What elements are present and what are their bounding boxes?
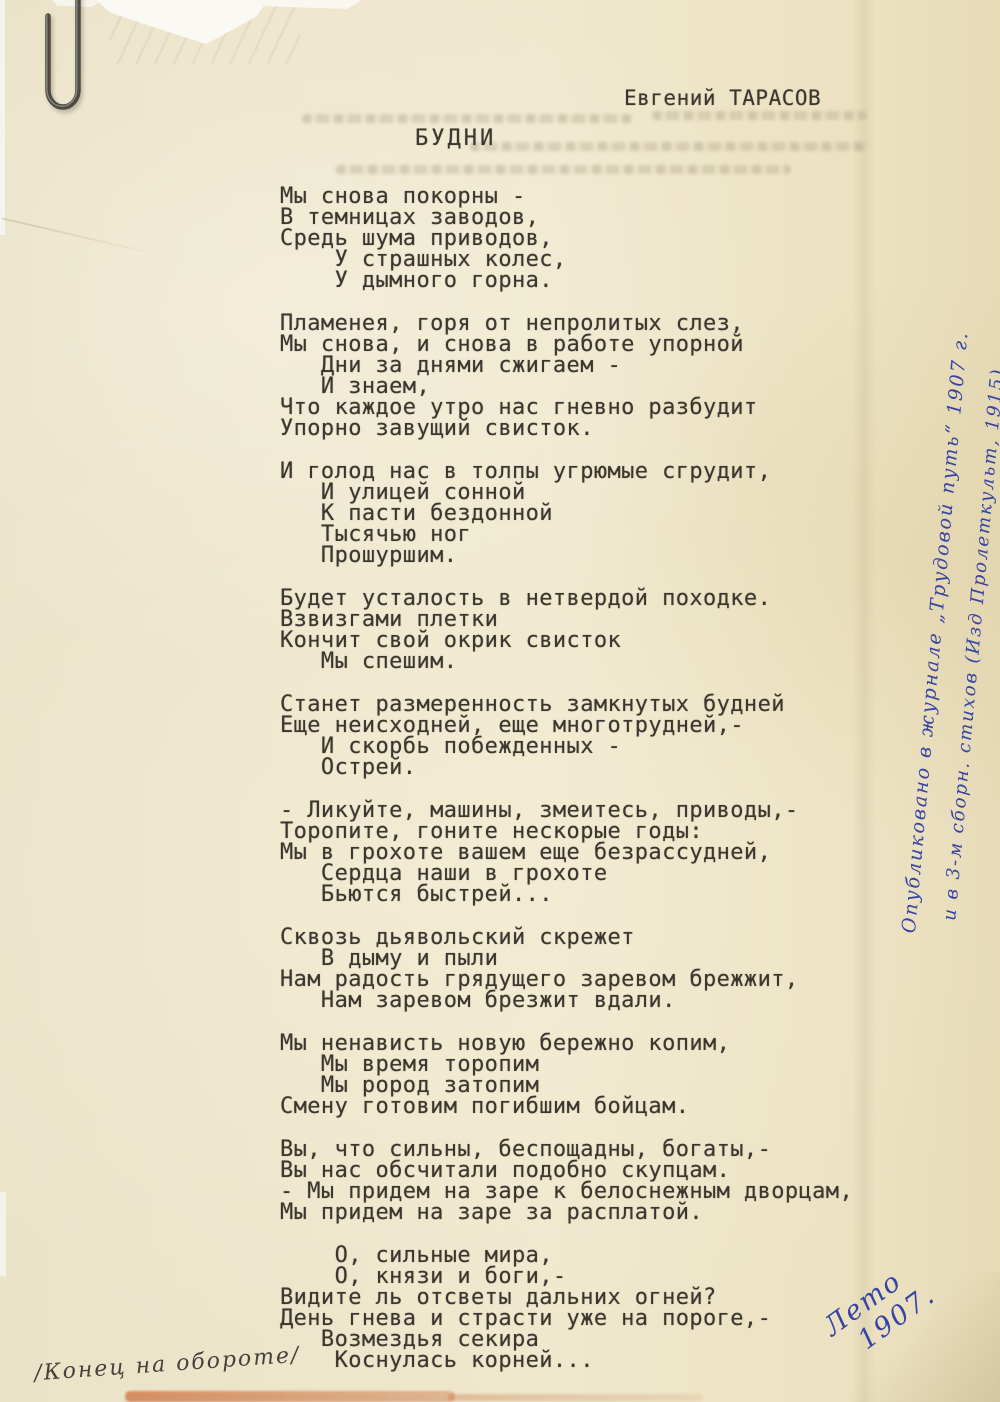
showthrough-mark (470, 142, 868, 151)
poem-line: Взвизгами плетки (280, 609, 853, 630)
poem-line: У дымного горна. (280, 270, 853, 291)
poem-line: Что каждое утро нас гневно разбудит (280, 397, 853, 418)
poem-line: Еще неисходней, еще многотрудней,- (280, 715, 853, 736)
poem-title: БУДНИ (415, 126, 496, 151)
poem-line: Мы придем на заре за расплатой. (280, 1202, 853, 1223)
poem-line: И знаем, (280, 376, 853, 397)
poem-line: У страшных колес, (280, 249, 853, 270)
poem-line: Дни за днями сжигаем - (280, 355, 853, 376)
crease-line (2, 217, 163, 256)
poem-line: О, князи и боги,- (280, 1266, 853, 1287)
showthrough-mark (652, 111, 867, 120)
poem-line: Вы, что сильны, беспощадны, богаты,- (280, 1139, 853, 1160)
poem-line: Вы нас обсчитали подобно скупцам. (280, 1160, 853, 1181)
stanza: О, сильные мира, О, князи и боги,-Видите… (280, 1245, 853, 1371)
poem-line: Станет размеренность замкнутых будней (280, 694, 853, 715)
poem-line: Прошуршим. (280, 545, 853, 566)
poem: Мы снова покорны -В темницах заводов,Сре… (280, 186, 853, 1393)
poem-line: День гнева и страсти уже на пороге,- (280, 1308, 853, 1329)
poem-line: И улицей сонной (280, 482, 853, 503)
poem-line: Мы ненависть новую бережно копим, (280, 1033, 853, 1054)
poem-line: Мы в грохоте вашем еще безрассудней, (280, 842, 853, 863)
scan-edge-sliver (0, 0, 5, 235)
scan-edge-sliver (0, 1192, 6, 1276)
stanza: Станет размеренность замкнутых буднейЕще… (280, 694, 853, 778)
poem-line: Тысячью ног (280, 524, 853, 545)
poem-line: И скорбь побежденных - (280, 736, 853, 757)
showthrough-mark (336, 165, 791, 174)
stanza: - Ликуйте, машины, змеитесь, приводы,-То… (280, 800, 853, 905)
bottom-note: /Конец на обороте/ (33, 1343, 301, 1387)
poem-line: К пасти бездонной (280, 503, 853, 524)
poem-line: Кончит свой окрик свисток (280, 630, 853, 651)
poem-line: Мы рород затопим (280, 1075, 853, 1096)
poem-line: Коснулась корней... (280, 1350, 853, 1371)
stanza: Вы, что сильны, беспощадны, богаты,-Вы н… (280, 1139, 853, 1223)
stanza: Мы снова покорны -В темницах заводов,Сре… (280, 186, 853, 291)
poem-line: Видите ль отсветы дальних огней? (280, 1287, 853, 1308)
poem-line: Мы время торопим (280, 1054, 853, 1075)
poem-line: Пламенея, горя от непролитых слез, (280, 313, 853, 334)
stanza: Сквозь дьявольский скрежет В дыму и пыли… (280, 927, 853, 1011)
poem-line: В темницах заводов, (280, 207, 853, 228)
poem-line: Сквозь дьявольский скрежет (280, 927, 853, 948)
poem-line: Нам заревом брезжит вдали. (280, 990, 853, 1011)
poem-line: Средь шума приводов, (280, 228, 853, 249)
poem-line: Мы спешим. (280, 651, 853, 672)
vertical-fold (852, 0, 876, 1402)
margin-note: Опубликовано в журнале „Трудовой путь“ 1… (889, 334, 1000, 939)
poem-line: В дыму и пыли (280, 948, 853, 969)
poem-line: Сердца наши в грохоте (280, 863, 853, 884)
poem-line: Будет усталость в нетвердой походке. (280, 588, 853, 609)
poem-line: И голод нас в толпы угрюмые сгрудит, (280, 461, 853, 482)
ink-smudge (448, 1394, 703, 1401)
poem-line: Возмездья секира (280, 1329, 853, 1350)
stanza: Будет усталость в нетвердой походке.Взви… (280, 588, 853, 672)
poem-line: Упорно завущий свисток. (280, 418, 853, 439)
poem-line: Мы снова покорны - (280, 186, 853, 207)
paper-clip-icon (30, 0, 100, 124)
poem-line: Нам радость грядущего заревом брежжит, (280, 969, 853, 990)
poem-line: Смену готовим погибшим бойцам. (280, 1096, 853, 1117)
poem-line: Острей. (280, 757, 853, 778)
poem-line: - Ликуйте, машины, змеитесь, приводы,- (280, 800, 853, 821)
poem-line: Бьются быстрей... (280, 884, 853, 905)
author-line: Евгений ТАРАСОВ (624, 86, 821, 110)
poem-line: Мы снова, и снова в работе упорной (280, 334, 853, 355)
paper-sheet: Евгений ТАРАСОВ БУДНИ Мы снова покорны -… (0, 0, 1000, 1402)
stanza: Мы ненависть новую бережно копим, Мы вре… (280, 1033, 853, 1117)
poem-line: Торопите, гоните нескорые годы: (280, 821, 853, 842)
ink-smudge (125, 1391, 455, 1402)
stanza: Пламенея, горя от непролитых слез,Мы сно… (280, 313, 853, 439)
stanza: И голод нас в толпы угрюмые сгрудит, И у… (280, 461, 853, 566)
poem-line: О, сильные мира, (280, 1245, 853, 1266)
poem-line: - Мы придем на заре к белоснежным дворца… (280, 1181, 853, 1202)
showthrough-mark (302, 114, 632, 123)
